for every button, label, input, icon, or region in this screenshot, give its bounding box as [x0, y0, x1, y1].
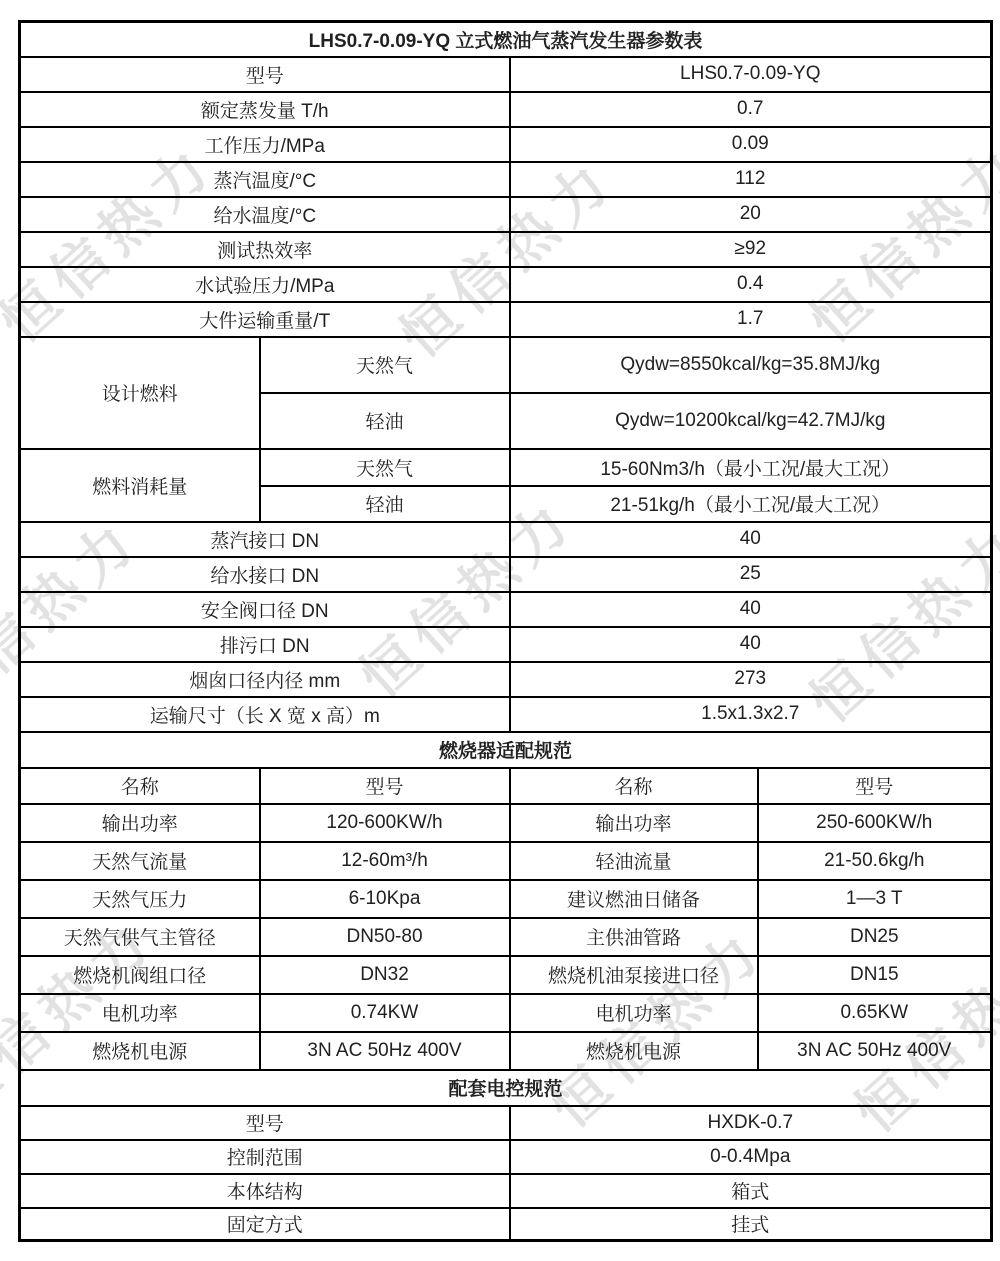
column-header: 型号	[758, 768, 992, 804]
table-row: 给水接口 DN 25	[20, 557, 992, 592]
param-value: LHS0.7-0.09-YQ	[510, 57, 992, 92]
fuel-design-group-label: 设计燃料	[20, 337, 260, 449]
param-value: 1.5x1.3x2.7	[510, 697, 992, 732]
table-row: 测试热效率 ≥92	[20, 232, 992, 267]
burner-cell-value: DN25	[758, 918, 992, 956]
burner-cell-label: 输出功率	[510, 804, 758, 842]
fuel-value: 21-51kg/h（最小工况/最大工况）	[510, 486, 992, 522]
fuel-value: Qydw=10200kcal/kg=42.7MJ/kg	[510, 393, 992, 449]
table-row: 大件运输重量/T 1.7	[20, 302, 992, 337]
param-label: 给水接口 DN	[20, 557, 510, 592]
burner-cell-label: 建议燃油日储备	[510, 880, 758, 918]
table-row: 额定蒸发量 T/h 0.7	[20, 92, 992, 127]
table-title: LHS0.7-0.09-YQ 立式燃油气蒸汽发生器参数表	[20, 22, 992, 57]
table-row: 运输尺寸（长 X 宽 x 高）m 1.5x1.3x2.7	[20, 697, 992, 732]
burner-cell-label: 燃烧机电源	[510, 1032, 758, 1070]
burner-cell-label: 天然气供气主管径	[20, 918, 260, 956]
burner-cell-value: 3N AC 50Hz 400V	[758, 1032, 992, 1070]
table-row: 安全阀口径 DN 40	[20, 592, 992, 627]
fuel-value: 15-60Nm3/h（最小工况/最大工况）	[510, 449, 992, 486]
table-row: 本体结构 箱式	[20, 1174, 992, 1208]
param-label: 额定蒸发量 T/h	[20, 92, 510, 127]
column-header: 型号	[260, 768, 510, 804]
burner-cell-label: 电机功率	[20, 994, 260, 1032]
param-value: 1.7	[510, 302, 992, 337]
table-row: 天然气供气主管径 DN50-80 主供油管路 DN25	[20, 918, 992, 956]
section-header-control: 配套电控规范	[20, 1070, 992, 1106]
table-row: 给水温度/°C 20	[20, 197, 992, 232]
param-label: 蒸汽温度/°C	[20, 162, 510, 197]
param-label: 控制范围	[20, 1140, 510, 1174]
param-value: 273	[510, 662, 992, 697]
burner-cell-value: 0.74KW	[260, 994, 510, 1032]
param-value: 0.4	[510, 267, 992, 302]
burner-cell-value: 1—3 T	[758, 880, 992, 918]
param-value: 25	[510, 557, 992, 592]
burner-cell-label: 燃烧机阀组口径	[20, 956, 260, 994]
param-value: 箱式	[510, 1174, 992, 1208]
table-row: 型号 LHS0.7-0.09-YQ	[20, 57, 992, 92]
param-label: 运输尺寸（长 X 宽 x 高）m	[20, 697, 510, 732]
param-value: ≥92	[510, 232, 992, 267]
burner-cell-value: DN32	[260, 956, 510, 994]
table-row: 蒸汽温度/°C 112	[20, 162, 992, 197]
param-label: 给水温度/°C	[20, 197, 510, 232]
param-value: 40	[510, 592, 992, 627]
table-row: 燃烧机阀组口径 DN32 燃烧机油泵接进口径 DN15	[20, 956, 992, 994]
burner-cell-value: 0.65KW	[758, 994, 992, 1032]
param-label: 本体结构	[20, 1174, 510, 1208]
param-label: 蒸汽接口 DN	[20, 522, 510, 557]
table-row: 燃料消耗量 天然气 15-60Nm3/h（最小工况/最大工况）	[20, 449, 992, 486]
burner-cell-label: 主供油管路	[510, 918, 758, 956]
param-value: 0.09	[510, 127, 992, 162]
table-row: 排污口 DN 40	[20, 627, 992, 662]
param-label: 大件运输重量/T	[20, 302, 510, 337]
table-row: 水试验压力/MPa 0.4	[20, 267, 992, 302]
param-label: 水试验压力/MPa	[20, 267, 510, 302]
table-row: 电机功率 0.74KW 电机功率 0.65KW	[20, 994, 992, 1032]
column-header: 名称	[20, 768, 260, 804]
param-value: 112	[510, 162, 992, 197]
burner-cell-value: 6-10Kpa	[260, 880, 510, 918]
param-label: 测试热效率	[20, 232, 510, 267]
param-value: 40	[510, 627, 992, 662]
table-row: 名称 型号 名称 型号	[20, 768, 992, 804]
burner-cell-label: 天然气压力	[20, 880, 260, 918]
param-value: 0-0.4Mpa	[510, 1140, 992, 1174]
burner-cell-label: 输出功率	[20, 804, 260, 842]
table-row: 天然气流量 12-60m³/h 轻油流量 21-50.6kg/h	[20, 842, 992, 880]
table-row: 控制范围 0-0.4Mpa	[20, 1140, 992, 1174]
table-row: 设计燃料 天然气 Qydw=8550kcal/kg=35.8MJ/kg	[20, 337, 992, 393]
table-row: 烟囱口径内径 mm 273	[20, 662, 992, 697]
burner-cell-value: 250-600KW/h	[758, 804, 992, 842]
burner-cell-label: 电机功率	[510, 994, 758, 1032]
param-value: 20	[510, 197, 992, 232]
burner-cell-label: 天然气流量	[20, 842, 260, 880]
burner-cell-label: 燃烧机油泵接进口径	[510, 956, 758, 994]
fuel-consumption-group-label: 燃料消耗量	[20, 449, 260, 522]
fuel-sub-label: 天然气	[260, 449, 510, 486]
param-value: 挂式	[510, 1208, 992, 1241]
param-label: 安全阀口径 DN	[20, 592, 510, 627]
fuel-sub-label: 轻油	[260, 486, 510, 522]
burner-cell-value: 3N AC 50Hz 400V	[260, 1032, 510, 1070]
param-value: 40	[510, 522, 992, 557]
fuel-value: Qydw=8550kcal/kg=35.8MJ/kg	[510, 337, 992, 393]
section-header-burner: 燃烧器适配规范	[20, 732, 992, 768]
burner-cell-value: DN50-80	[260, 918, 510, 956]
table-row: 型号 HXDK-0.7	[20, 1106, 992, 1140]
column-header: 名称	[510, 768, 758, 804]
fuel-sub-label: 轻油	[260, 393, 510, 449]
param-label: 排污口 DN	[20, 627, 510, 662]
spec-table: LHS0.7-0.09-YQ 立式燃油气蒸汽发生器参数表 型号 LHS0.7-0…	[18, 20, 993, 1242]
table-row: 工作压力/MPa 0.09	[20, 127, 992, 162]
burner-cell-value: 12-60m³/h	[260, 842, 510, 880]
table-row: 天然气压力 6-10Kpa 建议燃油日储备 1—3 T	[20, 880, 992, 918]
table-row: 固定方式 挂式	[20, 1208, 992, 1241]
param-label: 型号	[20, 1106, 510, 1140]
param-label: 固定方式	[20, 1208, 510, 1241]
table-row: 蒸汽接口 DN 40	[20, 522, 992, 557]
table-row: 输出功率 120-600KW/h 输出功率 250-600KW/h	[20, 804, 992, 842]
burner-cell-label: 燃烧机电源	[20, 1032, 260, 1070]
param-label: 工作压力/MPa	[20, 127, 510, 162]
param-value: 0.7	[510, 92, 992, 127]
table-row: 燃烧机电源 3N AC 50Hz 400V 燃烧机电源 3N AC 50Hz 4…	[20, 1032, 992, 1070]
burner-cell-value: DN15	[758, 956, 992, 994]
burner-cell-value: 120-600KW/h	[260, 804, 510, 842]
param-label: 型号	[20, 57, 510, 92]
param-label: 烟囱口径内径 mm	[20, 662, 510, 697]
burner-cell-label: 轻油流量	[510, 842, 758, 880]
fuel-sub-label: 天然气	[260, 337, 510, 393]
burner-cell-value: 21-50.6kg/h	[758, 842, 992, 880]
param-value: HXDK-0.7	[510, 1106, 992, 1140]
